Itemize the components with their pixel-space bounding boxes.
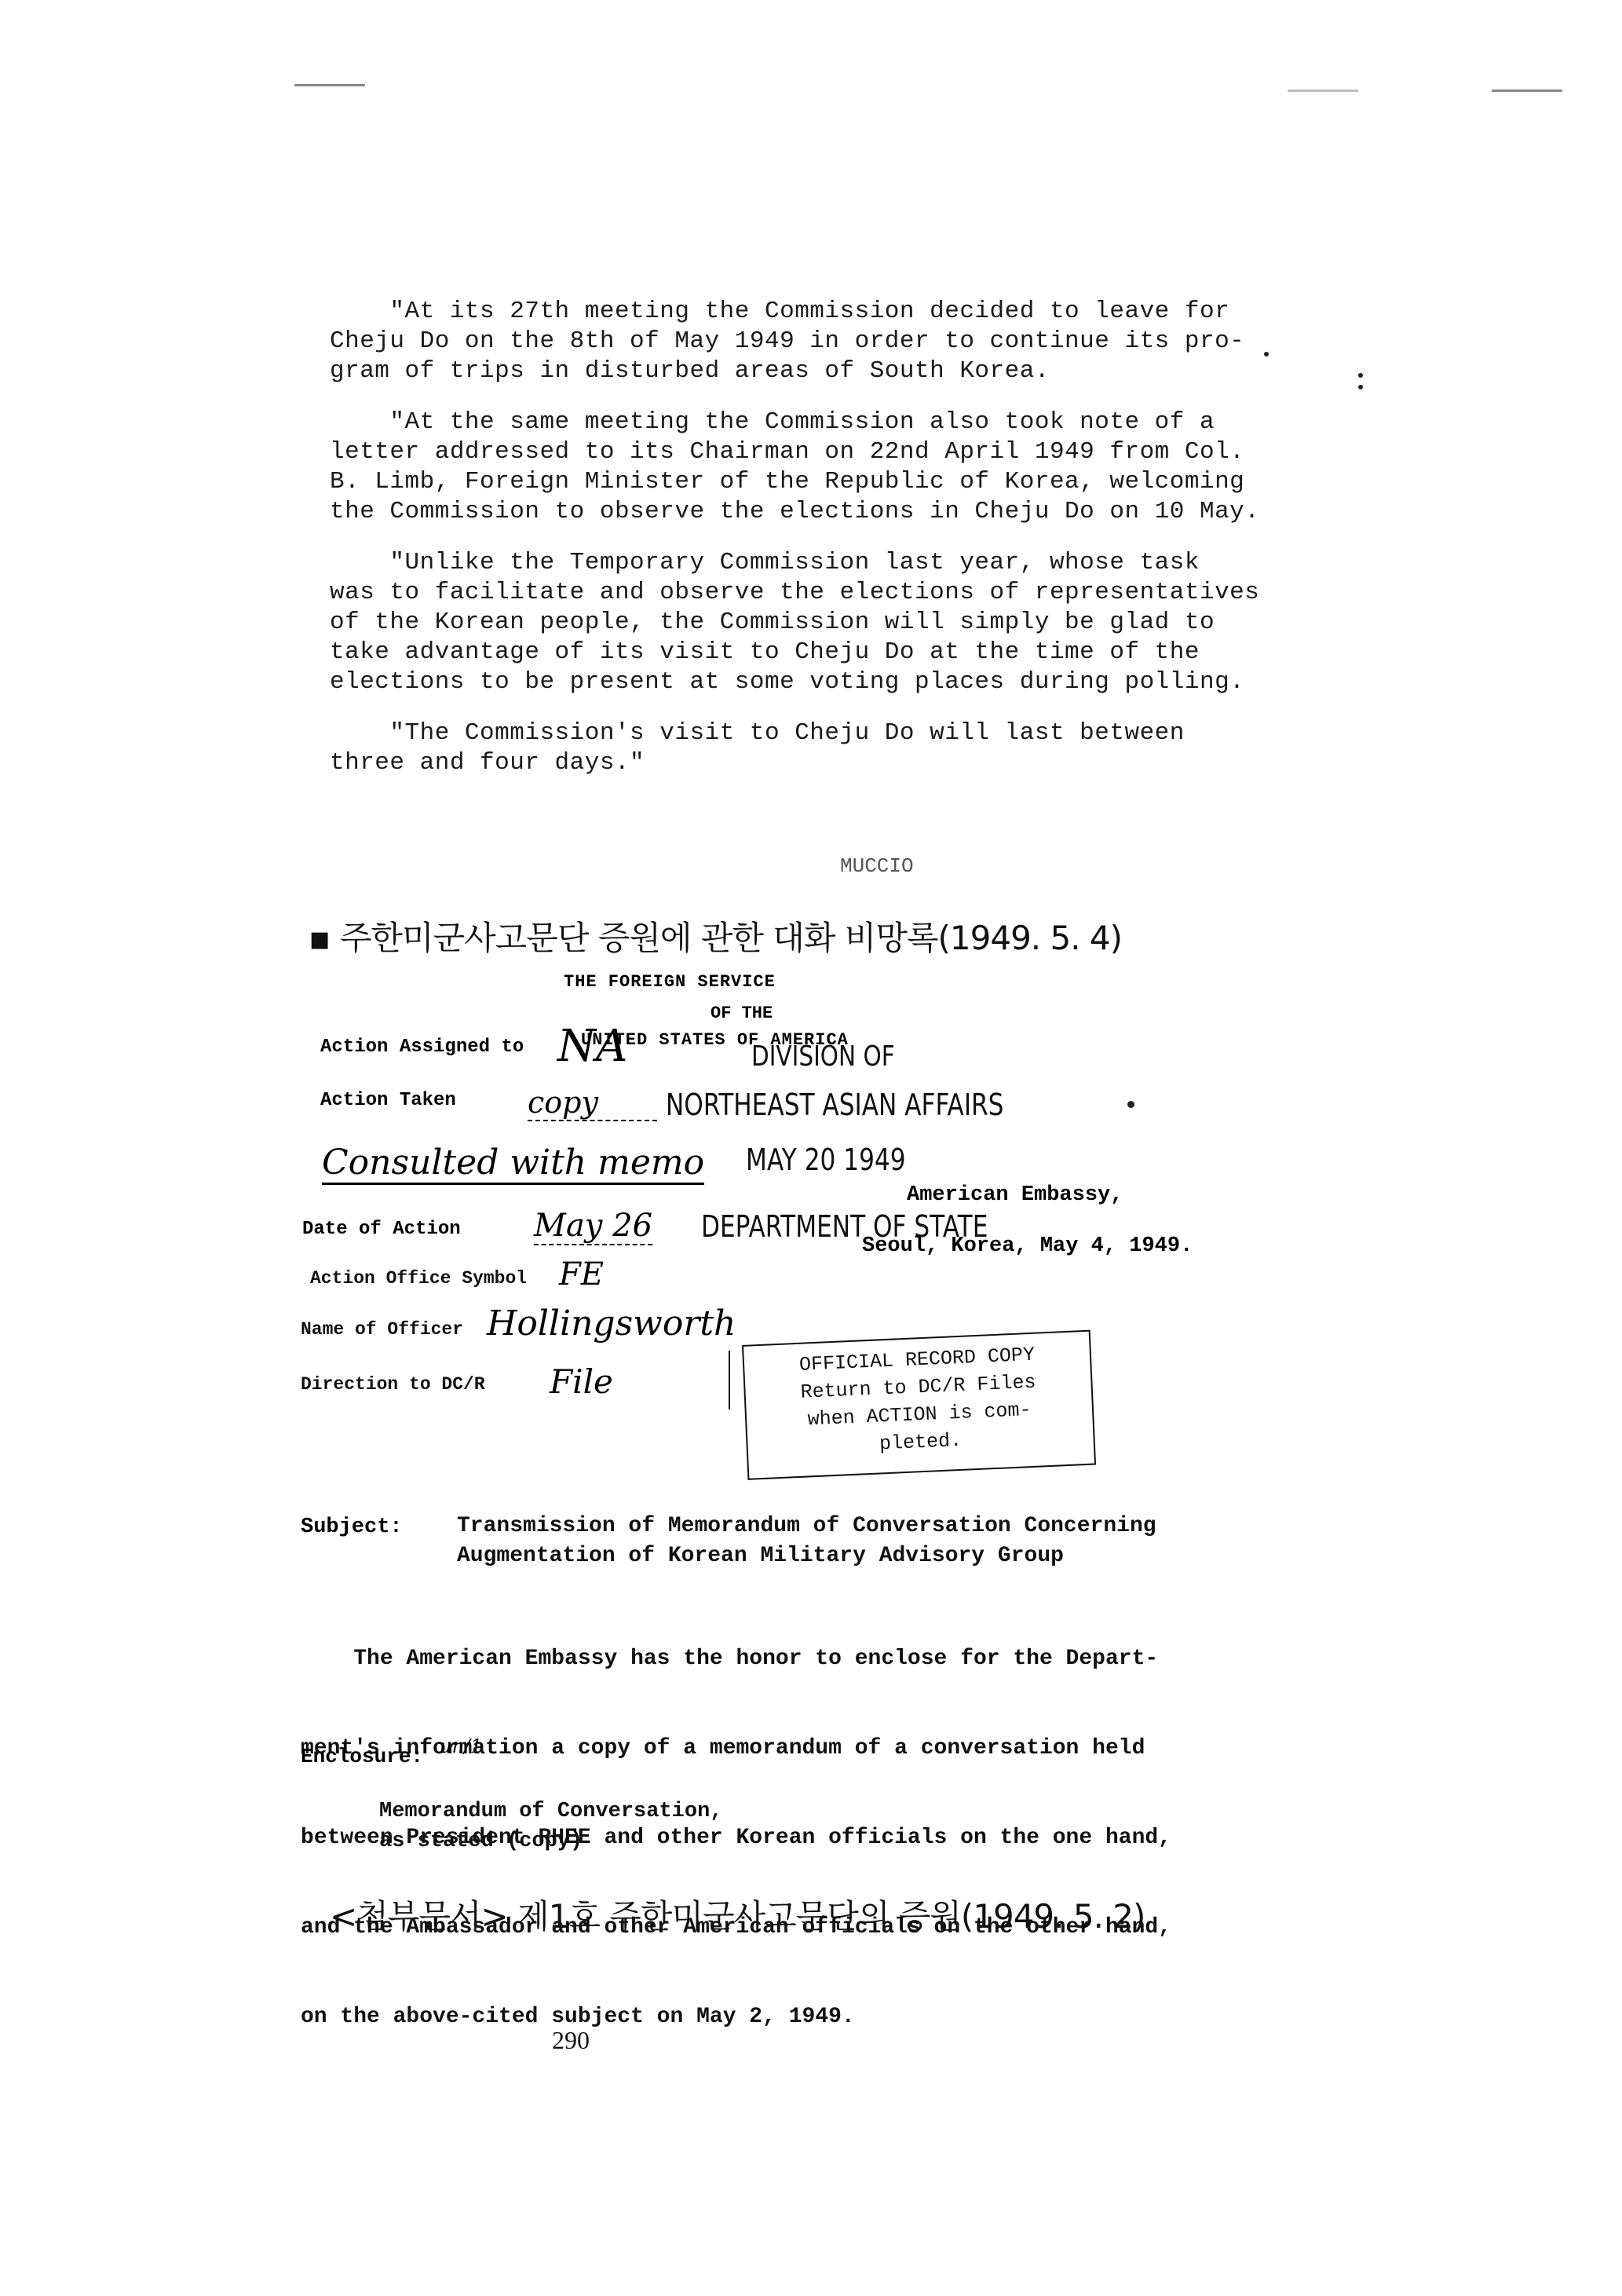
sender-location-date: Seoul, Korea, May 4, 1949. <box>862 1234 1193 1258</box>
scan-speck <box>1127 1101 1134 1108</box>
scan-edge-mark <box>1492 90 1562 92</box>
scan-speck <box>1358 385 1363 389</box>
section-heading: ▪ 주한미군사고문단 증원에 관한 대화 비망록(1949. 5. 4) <box>309 912 1122 960</box>
action-taken-label: Action Taken <box>320 1090 456 1111</box>
stamp-received-date: MAY 20 1949 <box>746 1143 906 1177</box>
action-taken-value: copy <box>528 1085 657 1121</box>
enclosure-item-line1: Memorandum of Conversation, <box>379 1800 722 1823</box>
body-paragraph: The American Embassy has the honor to en… <box>301 1585 1171 2062</box>
office-symbol-label: Action Office Symbol <box>310 1268 527 1289</box>
enclosure-item-line2: as stated (copy) <box>379 1830 583 1853</box>
handwritten-note: Consulted with memo <box>322 1143 704 1185</box>
letter-continuation: "At its 27th meeting the Commission deci… <box>330 297 1256 799</box>
subject-line2: Augmentation of Korean Military Advisory… <box>457 1544 1064 1568</box>
officer-signature: Hollingsworth <box>487 1303 736 1344</box>
letterhead-line1: THE FOREIGN SERVICE <box>564 972 776 992</box>
sender-embassy: American Embassy, <box>907 1183 1123 1207</box>
scan-speck <box>1264 352 1269 356</box>
scan-edge-mark <box>1288 90 1358 92</box>
subject-line1: Transmission of Memorandum of Conversati… <box>457 1514 1156 1538</box>
enclosure-label: Enclosure: <box>301 1745 423 1768</box>
enclosure-handwritten: un/1 <box>440 1735 482 1757</box>
date-of-action-label: Date of Action <box>302 1219 461 1240</box>
page-number: 290 <box>552 2026 590 2055</box>
officer-label: Name of Officer <box>301 1319 463 1340</box>
paragraph-same-meeting: "At the same meeting the Commission also… <box>330 408 1256 527</box>
office-symbol-value: FE <box>559 1256 604 1292</box>
date-of-action-value: May 26 <box>534 1208 652 1245</box>
letterhead-line2: OF THE <box>711 1004 773 1023</box>
direction-value: File <box>550 1362 613 1401</box>
direction-label: Direction to DC/R <box>301 1374 485 1395</box>
attachment-heading: <첨부문서> 제1호 주한미군사고문단의 증원(1949. 5. 2) <box>330 1891 1145 1938</box>
signature-muccio: MUCCIO <box>840 854 914 878</box>
scan-speck <box>1358 373 1363 378</box>
paragraph-visit-duration: "The Commission's visit to Cheju Do will… <box>330 718 1256 778</box>
body-line: The American Embassy has the honor to en… <box>301 1644 1171 1674</box>
paragraph-temporary-commission: "Unlike the Temporary Commission last ye… <box>330 548 1256 697</box>
stamp-northeast-asian-affairs: NORTHEAST ASIAN AFFAIRS <box>666 1088 1003 1122</box>
stamp-divider-line <box>729 1351 730 1409</box>
body-line: on the above-cited subject on May 2, 194… <box>301 2002 1171 2032</box>
stamp-division-of: DIVISION OF <box>751 1040 895 1073</box>
body-line: ment's information a copy of a memorandu… <box>301 1734 1171 1764</box>
paragraph-27th-meeting: "At its 27th meeting the Commission deci… <box>330 297 1256 386</box>
scan-edge-mark <box>294 84 365 86</box>
action-assigned-value: NA <box>557 1021 627 1072</box>
subject-label: Subject: <box>301 1515 403 1539</box>
record-copy-stamp: OFFICIAL RECORD COPY Return to DC/R File… <box>742 1330 1096 1480</box>
action-assigned-label: Action Assigned to <box>320 1036 524 1058</box>
